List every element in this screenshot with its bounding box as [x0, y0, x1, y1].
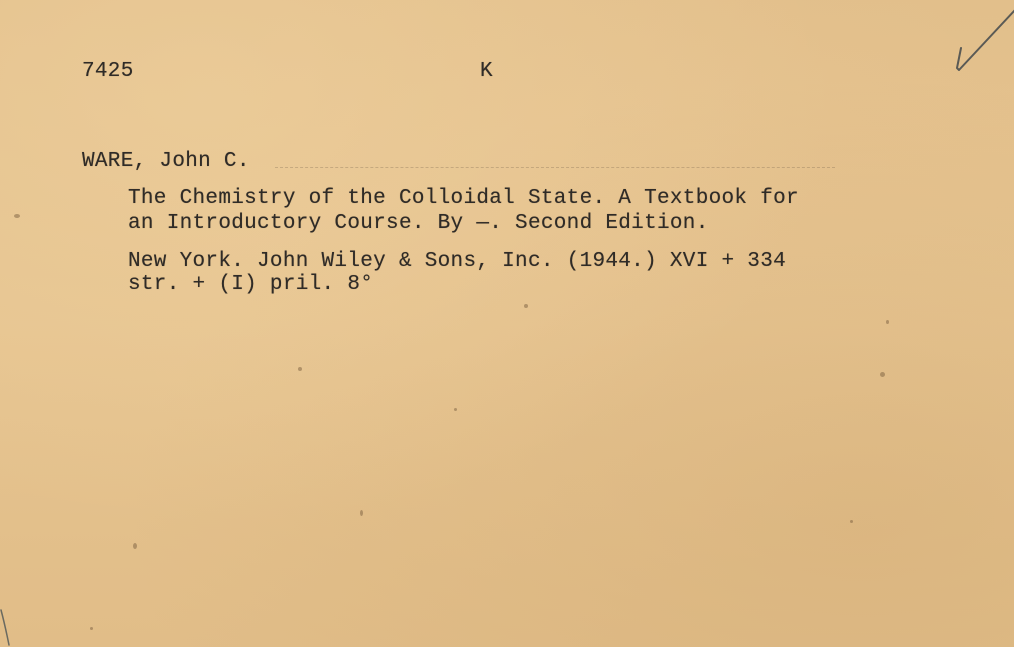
- title-line: The Chemistry of the Colloidal State. A …: [128, 187, 799, 211]
- catalog-card: 7425 K WARE, John C. The Chemistry of th…: [0, 0, 1014, 647]
- classification-letter: K: [480, 60, 493, 84]
- title-line: an Introductory Course. By —. Second Edi…: [128, 212, 709, 236]
- paper-speck: [454, 408, 457, 411]
- imprint-line: str. + (I) pril. 8°: [128, 273, 373, 297]
- typed-guide-rule: [275, 167, 835, 168]
- paper-speck: [90, 627, 93, 630]
- paper-speck: [524, 304, 528, 308]
- paper-speck: [298, 367, 302, 371]
- accession-number: 7425: [82, 60, 134, 84]
- checkmark-icon: [945, 8, 1014, 78]
- pencil-edge-mark-icon: [0, 600, 14, 647]
- paper-speck: [886, 320, 889, 324]
- author-heading: WARE, John C.: [82, 150, 250, 174]
- paper-speck: [850, 520, 853, 523]
- paper-speck: [133, 543, 137, 549]
- paper-speck: [360, 510, 363, 516]
- paper-speck: [14, 214, 20, 218]
- paper-speck: [880, 372, 885, 377]
- imprint-line: New York. John Wiley & Sons, Inc. (1944.…: [128, 250, 786, 274]
